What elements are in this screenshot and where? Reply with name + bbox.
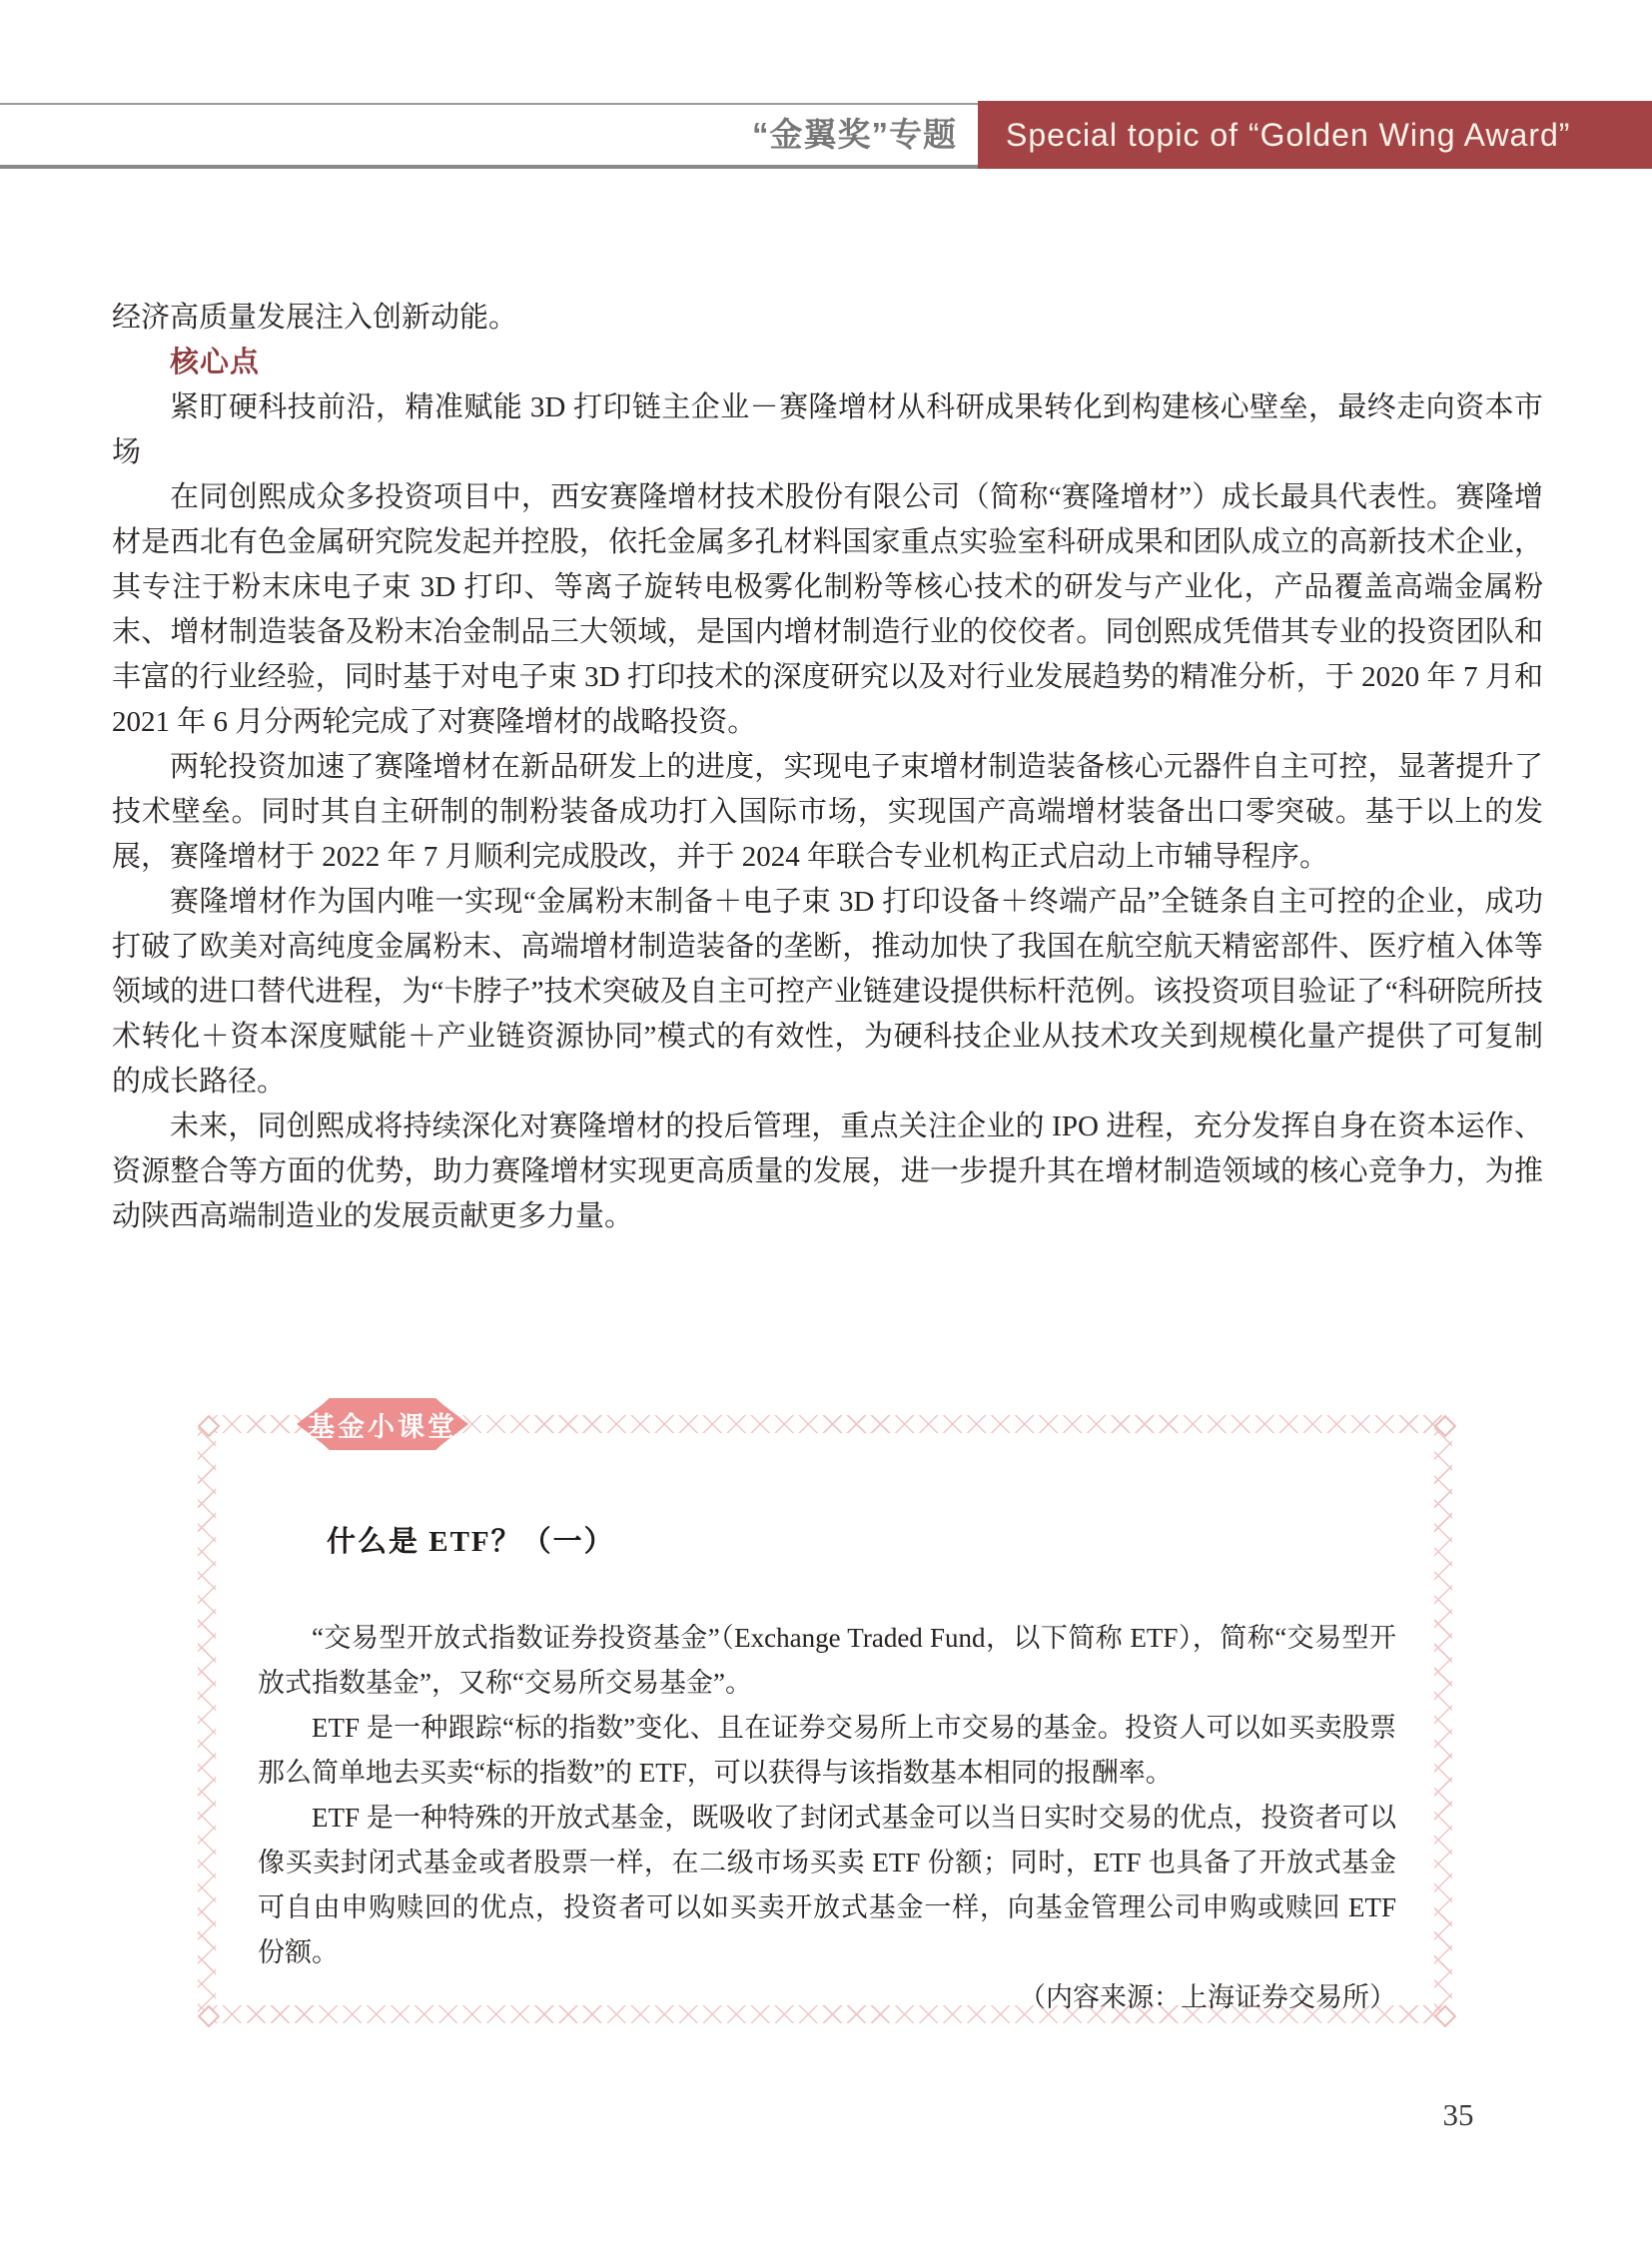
etf-paragraph-3: ETF 是一种特殊的开放式基金，既吸收了封闭式基金可以当日实时交易的优点，投资者…	[258, 1796, 1396, 1975]
page: “金翼奖”专题 Special topic of “Golden Wing Aw…	[0, 0, 1652, 2242]
lattice-border-right	[1434, 1423, 1452, 2016]
lattice-border-left	[198, 1423, 216, 2016]
content-source: （内容来源：上海证券交易所）	[258, 1975, 1396, 2020]
header-topic-cn: “金翼奖”专题	[559, 104, 957, 166]
core-point-heading: 核心点	[170, 341, 1543, 385]
ribbon-badge-label: 基金小课堂	[308, 1405, 457, 1444]
article-paragraph-3: 两轮投资加速了赛隆增材在新品研发上的进度，实现电子束增材制造装备核心元器件自主可…	[112, 745, 1543, 880]
etf-body: “交易型开放式指数证券投资基金”（Exchange Traded Fund，以下…	[258, 1616, 1396, 2020]
article-paragraph-5: 未来，同创熙成将持续深化对赛隆增材的投后管理，重点关注企业的 IPO 进程，充分…	[112, 1105, 1543, 1239]
header-accent-band: Special topic of “Golden Wing Award”	[978, 101, 1652, 169]
article-paragraph-2: 在同创熙成众多投资项目中，西安赛隆增材技术股份有限公司（简称“赛隆增材”）成长最…	[112, 475, 1543, 745]
ribbon-badge: 基金小课堂	[297, 1398, 468, 1450]
etf-title: 什么是 ETF？（一）	[327, 1520, 615, 1565]
header-topic-en: Special topic of “Golden Wing Award”	[1006, 117, 1570, 154]
etf-paragraph-1: “交易型开放式指数证券投资基金”（Exchange Traded Fund，以下…	[258, 1616, 1396, 1706]
article-body: 经济高质量发展注入创新动能。 核心点 紧盯硬科技前沿，精准赋能 3D 打印链主企…	[112, 296, 1543, 1239]
etf-paragraph-2: ETF 是一种跟踪“标的指数”变化、且在证券交易所上市交易的基金。投资人可以如买…	[258, 1706, 1396, 1796]
article-paragraph-4: 赛隆增材作为国内唯一实现“金属粉末制备＋电子束 3D 打印设备＋终端产品”全链条…	[112, 880, 1543, 1105]
page-number: 35	[1398, 2097, 1518, 2133]
article-paragraph-1: 紧盯硬科技前沿，精准赋能 3D 打印链主企业－赛隆增材从科研成果转化到构建核心壁…	[112, 385, 1543, 475]
article-intro-line: 经济高质量发展注入创新动能。	[112, 296, 1543, 341]
